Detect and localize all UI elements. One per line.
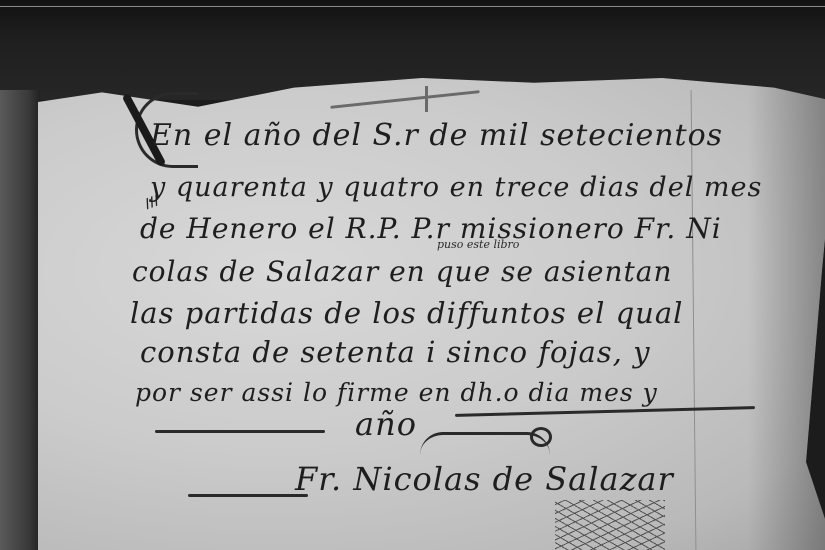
signature-rubric-hatch xyxy=(555,500,665,550)
scan-edge-line xyxy=(0,6,825,7)
manuscript-line-2: y quarenta y quatro en trece dias del me… xyxy=(150,172,762,203)
cross-mark-vertical xyxy=(425,86,428,112)
manuscript-line-7: por ser assi lo firme en dh.o dia mes y xyxy=(135,378,658,407)
closing-word: año xyxy=(355,405,417,443)
signature-rubric-curl xyxy=(530,427,552,447)
interlinear-note: puso este libro xyxy=(437,238,519,251)
filler-dash-left xyxy=(155,430,325,433)
signature-underline xyxy=(188,494,308,497)
manuscript-line-5: las partidas de los diffuntos el qual xyxy=(130,296,683,330)
manuscript-line-3: de Henero el R.P. P.r missionero Fr. Ni xyxy=(140,212,722,245)
manuscript-line-1: En el año del S.r de mil setecientos xyxy=(150,118,723,153)
binding-edge xyxy=(0,90,40,550)
manuscript-line-6: consta de setenta i sinco fojas, y xyxy=(140,335,651,369)
signature: Fr. Nicolas de Salazar xyxy=(295,460,674,498)
manuscript-line-4: colas de Salazar en que se asientan xyxy=(132,255,672,288)
